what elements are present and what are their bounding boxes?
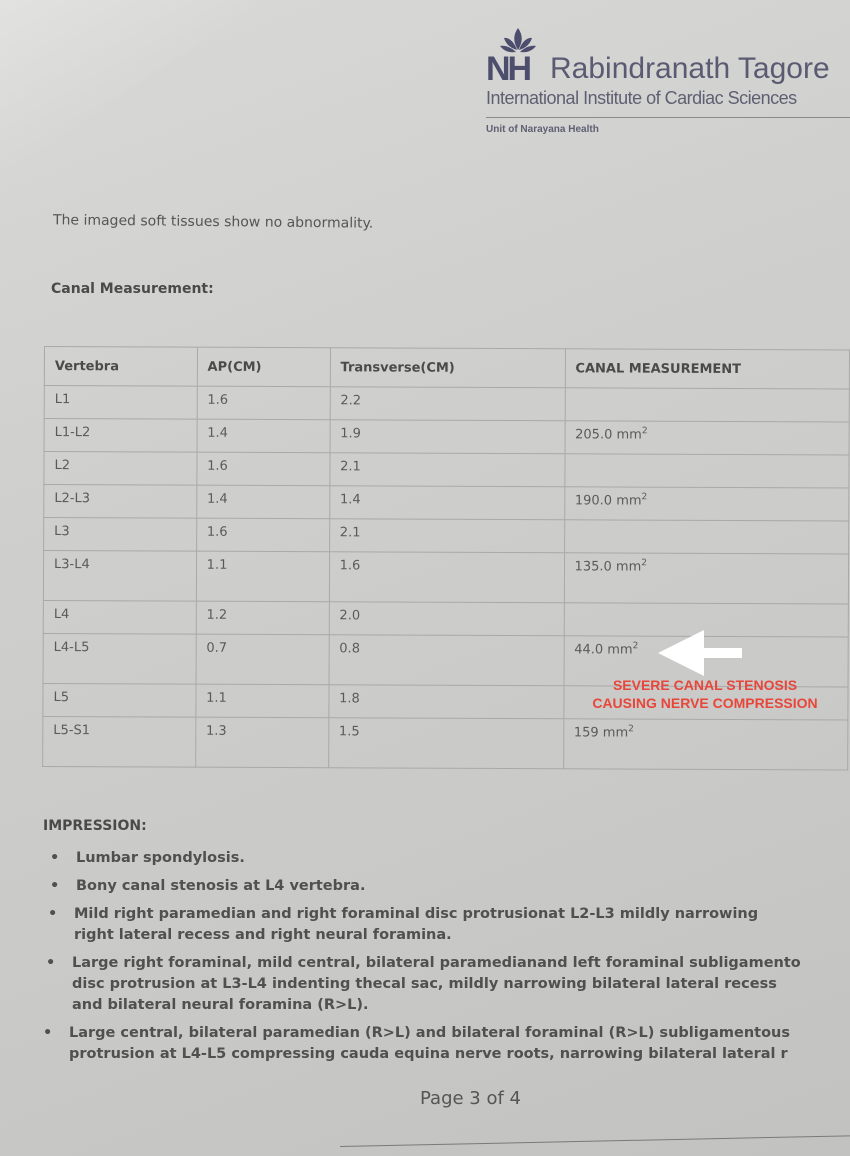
ap-cell: 1.4 (196, 485, 329, 519)
ap-cell: 1.6 (196, 518, 329, 552)
impression-item: •Large right foraminal, mild central, bi… (40, 953, 850, 1016)
vertebra-cell: L4-L5 (43, 633, 196, 684)
vertebra-cell: L5-S1 (43, 716, 196, 767)
transverse-cell: 1.5 (328, 718, 563, 769)
transverse-cell: 0.8 (329, 635, 564, 686)
impression-line: protrusion at L4-L5 compressing cauda eq… (69, 1044, 850, 1065)
impression-item: •Large central, bilateral paramedian (R>… (37, 1023, 850, 1065)
impression-line: Mild right paramedian and right foramina… (74, 904, 850, 925)
canal-measurement-cell: 190.0 mm2 (564, 487, 849, 521)
canal-measurement-cell (564, 454, 849, 488)
transverse-cell: 1.4 (329, 486, 564, 520)
canal-value: 205.0 mm (575, 427, 642, 442)
ap-cell: 1.3 (195, 717, 328, 768)
header-divider (486, 117, 850, 118)
vertebra-cell: L3 (44, 518, 197, 552)
paper-fold (0, 0, 260, 180)
hospital-header: NH Rabindranath Tagore International Ins… (486, 26, 850, 135)
bullet-icon: • (50, 848, 59, 869)
nh-logo-text: NH (486, 54, 529, 84)
table-row: L21.62.1 (44, 452, 849, 489)
paper-edge (340, 1135, 850, 1147)
impression-list: •Lumbar spondylosis.•Bony canal stenosis… (40, 848, 850, 1072)
canal-measurement-cell: 205.0 mm2 (565, 421, 850, 455)
arrow-left-icon (658, 630, 744, 676)
vertebra-cell: L2 (44, 452, 197, 486)
impression-line: right lateral recess and right neural fo… (74, 925, 850, 946)
ap-cell: 1.6 (197, 452, 330, 486)
canal-value: 159 mm (574, 725, 628, 740)
vertebra-cell: L1-L2 (44, 419, 197, 453)
ap-cell: 0.7 (196, 634, 329, 685)
transverse-cell: 2.1 (330, 453, 565, 487)
ap-cell: 1.6 (197, 386, 330, 420)
canal-unit-exponent: 2 (628, 724, 634, 734)
vertebra-cell: L5 (43, 683, 196, 717)
column-header-transverse: Transverse(CM) (330, 348, 565, 388)
column-header-canal: CANAL MEASUREMENT (565, 349, 850, 389)
canal-value: 135.0 mm (575, 559, 642, 574)
table-row: L11.62.2 (44, 386, 849, 423)
soft-tissue-note: The imaged soft tissues show no abnormal… (53, 212, 373, 231)
canal-measurement-cell (564, 520, 849, 554)
transverse-cell: 1.8 (329, 685, 564, 719)
institute-name: International Institute of Cardiac Scien… (486, 88, 850, 109)
table-row: L1-L21.41.9205.0 mm2 (44, 419, 849, 456)
canal-unit-exponent: 2 (642, 426, 648, 436)
canal-section-title: Canal Measurement: (51, 281, 214, 297)
unit-label: Unit of Narayana Health (486, 124, 850, 135)
column-header-ap: AP(CM) (197, 347, 330, 387)
transverse-cell: 2.2 (330, 387, 565, 421)
table-row: L3-L41.11.6135.0 mm2 (43, 551, 848, 605)
ap-cell: 1.1 (196, 551, 329, 602)
transverse-cell: 2.0 (329, 602, 564, 636)
impression-line: Lumbar spondylosis. (76, 848, 850, 869)
transverse-cell: 1.6 (329, 552, 564, 603)
canal-unit-exponent: 2 (642, 492, 648, 502)
impression-line: and bilateral neural foramina (R>L). (72, 995, 850, 1016)
ap-cell: 1.2 (196, 601, 329, 635)
canal-measurement-cell: 159 mm2 (563, 719, 848, 770)
impression-item: •Lumbar spondylosis. (44, 848, 850, 869)
canal-unit-exponent: 2 (633, 641, 639, 651)
annotation-line-2: CAUSING NERVE COMPRESSION (560, 694, 850, 712)
impression-item: •Mild right paramedian and right foramin… (42, 904, 850, 946)
column-header-vertebra: Vertebra (44, 347, 197, 387)
table-header-row: Vertebra AP(CM) Transverse(CM) CANAL MEA… (44, 347, 849, 390)
canal-measurement-cell: 135.0 mm2 (564, 553, 849, 604)
bullet-icon: • (46, 953, 55, 974)
table-row: L5-S11.31.5159 mm2 (43, 716, 848, 770)
transverse-cell: 1.9 (330, 420, 565, 454)
annotation-line-1: SEVERE CANAL STENOSIS (560, 676, 850, 694)
vertebra-cell: L1 (44, 386, 197, 420)
ap-cell: 1.4 (197, 419, 330, 453)
canal-unit-exponent: 2 (641, 558, 647, 568)
table-row: L31.62.1 (44, 518, 849, 555)
vertebra-cell: L3-L4 (43, 551, 196, 602)
impression-item: •Bony canal stenosis at L4 vertebra. (44, 876, 850, 897)
table-row: L2-L31.41.4190.0 mm2 (44, 485, 849, 522)
impression-title: IMPRESSION: (43, 818, 147, 834)
bullet-icon: • (50, 876, 59, 897)
logo-row: NH Rabindranath Tagore (486, 26, 850, 84)
impression-line: Large right foraminal, mild central, bil… (72, 953, 850, 974)
canal-value: 190.0 mm (575, 493, 642, 508)
page-number: Page 3 of 4 (420, 1088, 521, 1109)
bullet-icon: • (48, 904, 57, 925)
impression-line: disc protrusion at L3-L4 indenting theca… (72, 974, 850, 995)
ap-cell: 1.1 (196, 684, 329, 718)
nh-logo: NH (486, 26, 548, 84)
transverse-cell: 2.1 (329, 519, 564, 553)
brand-name: Rabindranath Tagore (550, 54, 830, 84)
impression-line: Large central, bilateral paramedian (R>L… (69, 1023, 850, 1044)
canal-measurement-cell (565, 388, 850, 422)
vertebra-cell: L2-L3 (44, 485, 197, 519)
canal-value: 44.0 mm (574, 642, 632, 657)
bullet-icon: • (43, 1023, 52, 1044)
vertebra-cell: L4 (43, 600, 196, 634)
stenosis-annotation: SEVERE CANAL STENOSIS CAUSING NERVE COMP… (560, 676, 850, 712)
impression-line: Bony canal stenosis at L4 vertebra. (76, 876, 850, 897)
